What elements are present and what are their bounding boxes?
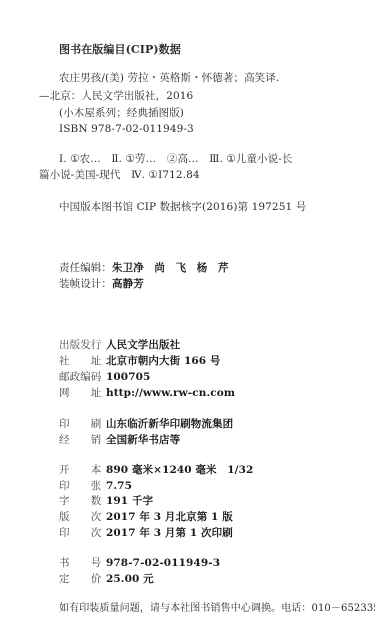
word-count-row: 字 数191 千字 xyxy=(59,494,153,508)
responsible-editors: 责任编辑：朱卫净 尚 飞 杨 芹 xyxy=(59,261,229,275)
cip-classification-1: Ⅰ. ①农… Ⅱ. ①劳… ②高… Ⅲ. ①儿童小说-长 xyxy=(59,152,293,166)
printer-row: 印 刷山东临沂新华印刷物流集团 xyxy=(59,417,233,431)
cover-design: 装帧设计：高静芳 xyxy=(59,277,144,291)
cip-heading: 图书在版编目(CIP)数据 xyxy=(59,43,181,57)
publisher-row: 出版发行人民文学出版社 xyxy=(59,338,180,352)
quality-notice: 如有印装质量问题，请与本社图书销售中心调换。电话：010－65233595 xyxy=(59,602,375,616)
cip-classification-2: 篇小说-美国-现代 Ⅳ. ①I712.84 xyxy=(39,168,200,182)
cip-series-line: (小木屋系列；经典插图版) xyxy=(59,106,184,120)
edition-row: 版 次2017 年 3 月北京第 1 版 xyxy=(59,510,233,524)
distributor-row: 经 销全国新华书店等 xyxy=(59,433,180,447)
cip-isbn: ISBN 978-7-02-011949-3 xyxy=(59,122,194,136)
website-link: http://www.rw-cn.com xyxy=(106,387,235,399)
format-row: 开 本890 毫米×1240 毫米 1/32 xyxy=(59,463,253,477)
postcode-row: 邮政编码100705 xyxy=(59,370,150,384)
book-number-row: 书 号978-7-02-011949-3 xyxy=(59,556,220,570)
cip-publisher-line: —北京：人民文学出版社，2016 xyxy=(39,89,193,103)
design-label: 装帧设计： xyxy=(59,278,112,290)
cip-core-number: 中国版本图书馆 CIP 数据核字(2016)第 197251 号 xyxy=(59,200,306,214)
designer-name: 高静芳 xyxy=(112,278,144,290)
website-row: 网 址http://www.rw-cn.com xyxy=(59,386,235,400)
address-row: 社 址北京市朝内大街 166 号 xyxy=(59,354,221,368)
cip-title-line: 农庄男孩/(美) 劳拉・英格斯・怀德著；高笑译. xyxy=(59,71,279,85)
editor-names: 朱卫净 尚 飞 杨 芹 xyxy=(112,262,229,274)
price-row: 定 价25.00 元 xyxy=(59,572,154,586)
editor-label: 责任编辑： xyxy=(59,262,112,274)
sheets-row: 印 张7.75 xyxy=(59,479,132,493)
impression-row: 印 次2017 年 3 月第 1 次印刷 xyxy=(59,526,233,540)
